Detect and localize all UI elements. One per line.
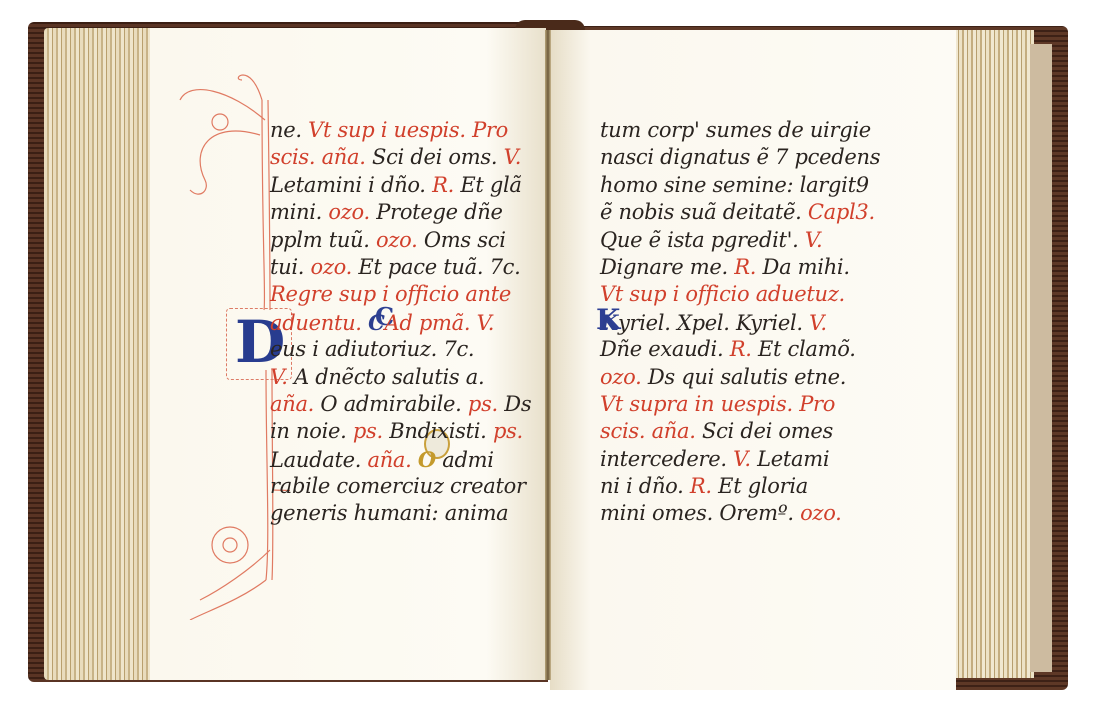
text-segment: O admirabile.	[320, 392, 468, 416]
rubric-text: V.	[733, 447, 757, 471]
manuscript-line: Kyriel. Xpel. Kyriel. V.	[600, 309, 850, 336]
rubric-text: R.	[690, 474, 718, 498]
text-segment: yriel. Xpel. Kyriel.	[618, 311, 809, 335]
open-manuscript: D C K ne. Vt sup i uespis. Proscis. aña.…	[0, 0, 1100, 716]
text-segment: O	[418, 447, 436, 472]
manuscript-line: Letamini i dño. R. Et glã	[270, 172, 520, 199]
text-segment: Dñe exaudi.	[600, 337, 730, 361]
rubric-text: R.	[734, 255, 762, 279]
text-segment: ẽ nobis suã deitatẽ.	[600, 200, 808, 224]
rubric-text: ozo.	[311, 255, 359, 279]
manuscript-line: ozo. Ds qui salutis etne.	[600, 364, 850, 391]
text-segment: Laudate.	[270, 448, 367, 472]
text-segment: tui.	[270, 255, 311, 279]
endpaper-right	[1030, 44, 1052, 672]
rubric-text: ozo.	[600, 365, 648, 389]
page-edges-left	[44, 28, 162, 680]
rubric-text: aña.	[367, 448, 417, 472]
rubric-text: Ad pmã. V.	[384, 311, 494, 335]
right-page-text: tum corp' sumes de uirgienasci dignatus …	[600, 117, 850, 528]
text-segment: Bndixisti.	[389, 419, 493, 443]
text-segment: K	[600, 310, 618, 335]
rubric-text: R.	[432, 173, 460, 197]
text-segment: Sci dei oms.	[372, 145, 504, 169]
rubric-text: Vt sup i officio aduetuz.	[600, 282, 845, 306]
text-segment: Ds	[504, 392, 531, 416]
rubric-text: ozo.	[376, 228, 424, 252]
rubric-text: Capl3.	[808, 200, 875, 224]
manuscript-line: Dñe exaudi. R. Et clamõ.	[600, 336, 850, 363]
text-segment: Et pace tuã. 7c.	[358, 255, 520, 279]
manuscript-line: mini. ozo. Protege dñe	[270, 199, 520, 226]
rubric-text: ps.	[353, 419, 389, 443]
text-segment: Da mihi.	[763, 255, 850, 279]
manuscript-line: eus i adiutoriuz. 7c.	[270, 336, 520, 363]
rubric-text: Regre sup i officio ante	[270, 282, 511, 306]
text-segment: in noie.	[270, 419, 353, 443]
manuscript-line: scis. aña. Sci dei omes	[600, 418, 850, 445]
rubric-text: scis. aña.	[600, 419, 702, 443]
manuscript-line: intercedere. V. Letami	[600, 446, 850, 473]
manuscript-line: tui. ozo. Et pace tuã. 7c.	[270, 254, 520, 281]
manuscript-line: ni i dño. R. Et gloria	[600, 473, 850, 500]
manuscript-line: ne. Vt sup i uespis. Pro	[270, 117, 520, 144]
manuscript-line: tum corp' sumes de uirgie	[600, 117, 850, 144]
text-segment: Sci dei omes	[702, 419, 833, 443]
text-segment: pplm tuũ.	[270, 228, 376, 252]
manuscript-line: aduentu. CAd pmã. V.	[270, 309, 520, 336]
text-segment: Et clamõ.	[758, 337, 856, 361]
left-page-text: ne. Vt sup i uespis. Proscis. aña. Sci d…	[270, 117, 520, 528]
rubric-text: R.	[730, 337, 758, 361]
manuscript-line: Regre sup i officio ante	[270, 281, 520, 308]
manuscript-line: mini omes. Oremº. ozo.	[600, 500, 850, 527]
rubric-text: ozo.	[328, 200, 376, 224]
manuscript-line: V. A dnẽcto salutis a.	[270, 364, 520, 391]
text-segment: Que ẽ ista pgredit'.	[600, 228, 805, 252]
text-segment: ni i dño.	[600, 474, 690, 498]
manuscript-line: Dignare me. R. Da mihi.	[600, 254, 850, 281]
manuscript-line: scis. aña. Sci dei oms. V.	[270, 144, 520, 171]
text-segment: mini.	[270, 200, 328, 224]
text-segment: mini omes. Oremº.	[600, 501, 800, 525]
rubric-text: ozo.	[800, 501, 841, 525]
rubric-text: V.	[270, 365, 294, 389]
manuscript-line: nasci dignatus ẽ 7 pcedens	[600, 144, 850, 171]
text-segment: tum corp' sumes de uirgie	[600, 118, 871, 142]
text-segment: homo sine semine: largit9	[600, 173, 869, 197]
manuscript-line: generis humani: anima	[270, 500, 520, 527]
manuscript-line: Vt supra in uespis. Pro	[600, 391, 850, 418]
rubric-text: aña.	[270, 392, 320, 416]
manuscript-line: ẽ nobis suã deitatẽ. Capl3.	[600, 199, 850, 226]
manuscript-line: in noie. ps. Bndixisti. ps.	[270, 418, 520, 445]
manuscript-line: rabile comerciuz creator	[270, 473, 520, 500]
text-segment: A dnẽcto salutis a.	[294, 365, 484, 389]
text-segment: Oms sci	[424, 228, 506, 252]
text-segment: admi	[436, 448, 494, 472]
manuscript-line: aña. O admirabile. ps. Ds	[270, 391, 520, 418]
manuscript-line: Vt sup i officio aduetuz.	[600, 281, 850, 308]
text-segment: Letamini i dño.	[270, 173, 432, 197]
text-segment: Et gloria	[718, 474, 808, 498]
page-edges-right	[950, 30, 1034, 678]
gutter	[545, 30, 551, 680]
rubric-text: Vt supra in uespis. Pro	[600, 392, 835, 416]
text-segment: Et glã	[460, 173, 521, 197]
rubric-text: V.	[504, 145, 522, 169]
manuscript-line: homo sine semine: largit9	[600, 172, 850, 199]
text-segment: intercedere.	[600, 447, 733, 471]
text-segment: Letami	[757, 447, 829, 471]
manuscript-line: Laudate. aña. O admi	[270, 446, 520, 473]
rubric-text: ps.	[468, 392, 504, 416]
text-segment: generis humani: anima	[270, 501, 508, 525]
text-segment: Ds qui salutis etne.	[648, 365, 846, 389]
text-segment: nasci dignatus ẽ 7 pcedens	[600, 145, 880, 169]
text-segment: eus i adiutoriuz. 7c.	[270, 337, 474, 361]
rubric-text: scis. aña.	[270, 145, 372, 169]
manuscript-line: pplm tuũ. ozo. Oms sci	[270, 227, 520, 254]
text-segment: ne.	[270, 118, 308, 142]
rubric-text: V.	[805, 228, 823, 252]
text-segment: rabile comerciuz creator	[270, 474, 526, 498]
rubric-text: V.	[809, 311, 827, 335]
text-segment: Protege dñe	[376, 200, 502, 224]
manuscript-line: Que ẽ ista pgredit'. V.	[600, 227, 850, 254]
text-segment: Dignare me.	[600, 255, 734, 279]
text-segment: C	[368, 310, 384, 335]
rubric-text: aduentu.	[270, 311, 368, 335]
rubric-text: ps.	[493, 419, 523, 443]
rubric-text: Vt sup i uespis. Pro	[308, 118, 508, 142]
